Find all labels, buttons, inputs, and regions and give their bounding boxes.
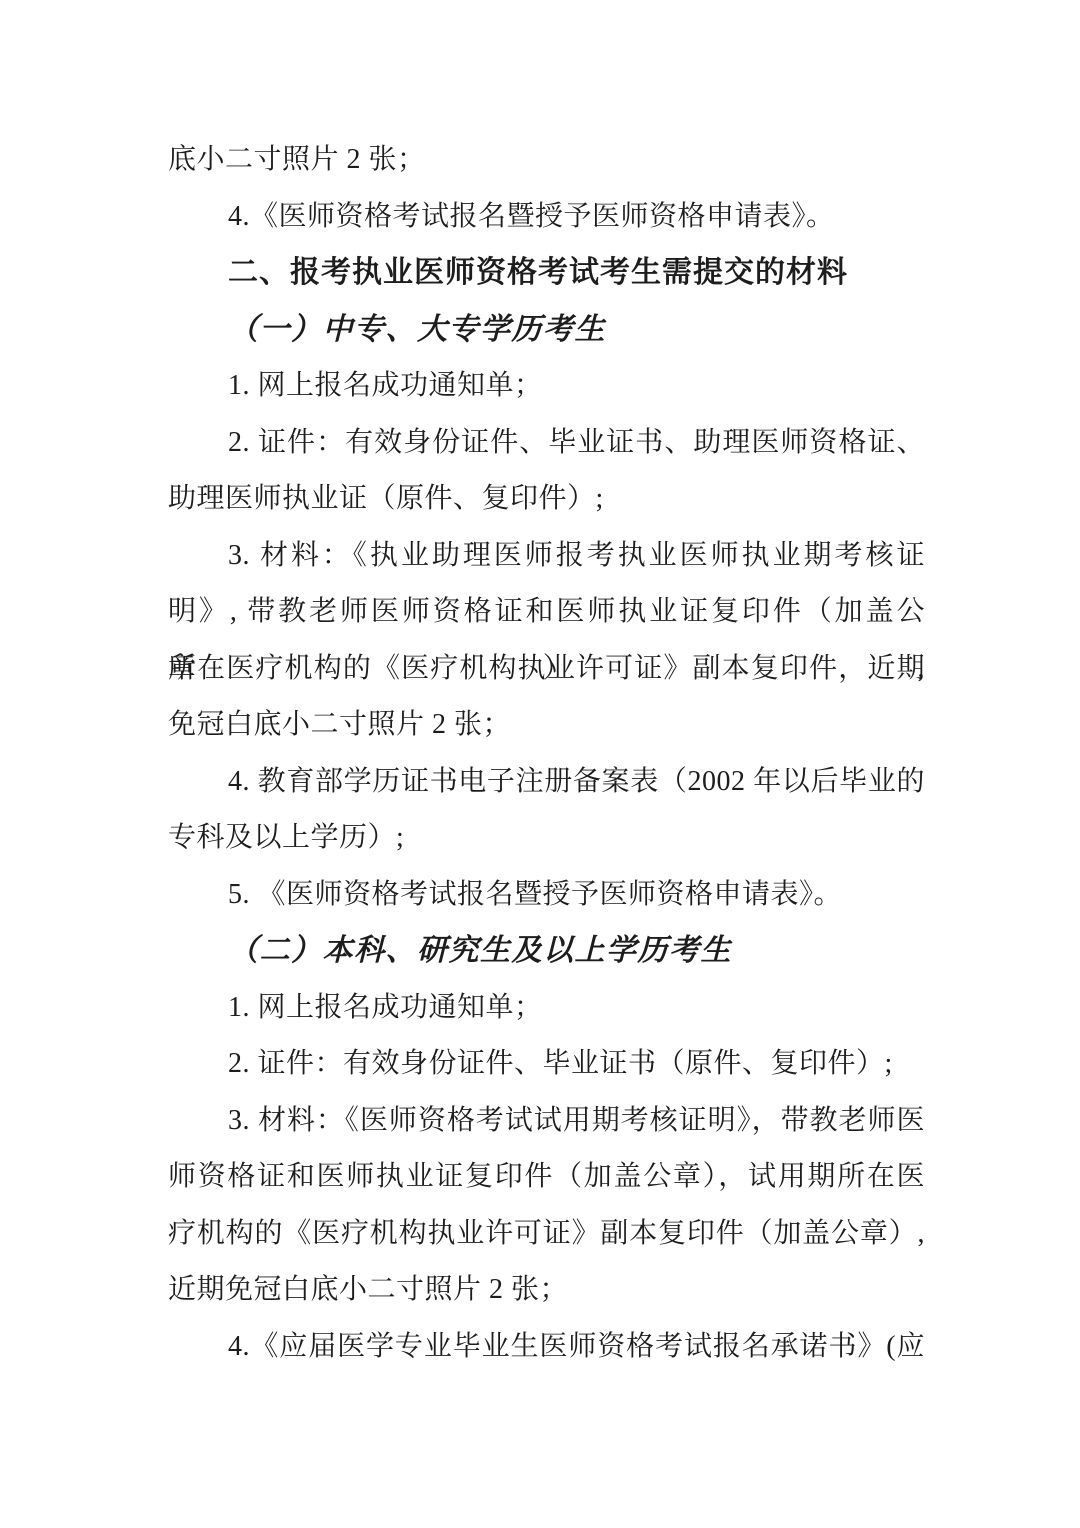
text-line: 2. 证件：有效身份证件、毕业证书、助理医师资格证、 bbox=[168, 415, 925, 472]
document-content: 底小二寸照片 2 张；4.《医师资格考试报名暨授予医师资格申请表》。二、报考执业… bbox=[168, 132, 925, 1375]
text-line: 4.《应届医学专业毕业生医师资格考试报名承诺书》(应 bbox=[168, 1319, 925, 1376]
subsection-heading: （一）中专、大专学历考生 bbox=[168, 302, 925, 359]
text-line: 5. 《医师资格考试报名暨授予医师资格申请表》。 bbox=[168, 867, 925, 924]
text-line: 免冠白底小二寸照片 2 张； bbox=[168, 697, 925, 754]
text-line: 师资格证和医师执业证复印件（加盖公章），试用期所在医 bbox=[168, 1149, 925, 1206]
text-line: 4. 教育部学历证书电子注册备案表（2002 年以后毕业的 bbox=[168, 754, 925, 811]
text-line: 明》, 带教老师医师资格证和医师执业证复印件（加盖公章）, bbox=[168, 584, 925, 641]
text-line: 底小二寸照片 2 张； bbox=[168, 132, 925, 189]
text-line: 3. 材料：《医师资格考试试用期考核证明》，带教老师医 bbox=[168, 1093, 925, 1150]
text-line: 2. 证件：有效身份证件、毕业证书（原件、复印件）; bbox=[168, 1036, 925, 1093]
text-line: 4.《医师资格考试报名暨授予医师资格申请表》。 bbox=[168, 189, 925, 246]
document-page: 底小二寸照片 2 张；4.《医师资格考试报名暨授予医师资格申请表》。二、报考执业… bbox=[0, 0, 1080, 1528]
text-line: 专科及以上学历）; bbox=[168, 810, 925, 867]
text-line: 1. 网上报名成功通知单； bbox=[168, 358, 925, 415]
text-line: 近期免冠白底小二寸照片 2 张； bbox=[168, 1262, 925, 1319]
text-line: 3. 材料：《执业助理医师报考执业医师执业期考核证 bbox=[168, 528, 925, 585]
section-heading: 二、报考执业医师资格考试考生需提交的材料 bbox=[168, 245, 925, 302]
text-line: 所在医疗机构的《医疗机构执业许可证》副本复印件，近期 bbox=[168, 641, 925, 698]
text-line: 助理医师执业证（原件、复印件）; bbox=[168, 471, 925, 528]
text-line: 疗机构的《医疗机构执业许可证》副本复印件（加盖公章）, bbox=[168, 1206, 925, 1263]
text-line: 1. 网上报名成功通知单； bbox=[168, 980, 925, 1037]
subsection-heading: （二）本科、研究生及以上学历考生 bbox=[168, 923, 925, 980]
